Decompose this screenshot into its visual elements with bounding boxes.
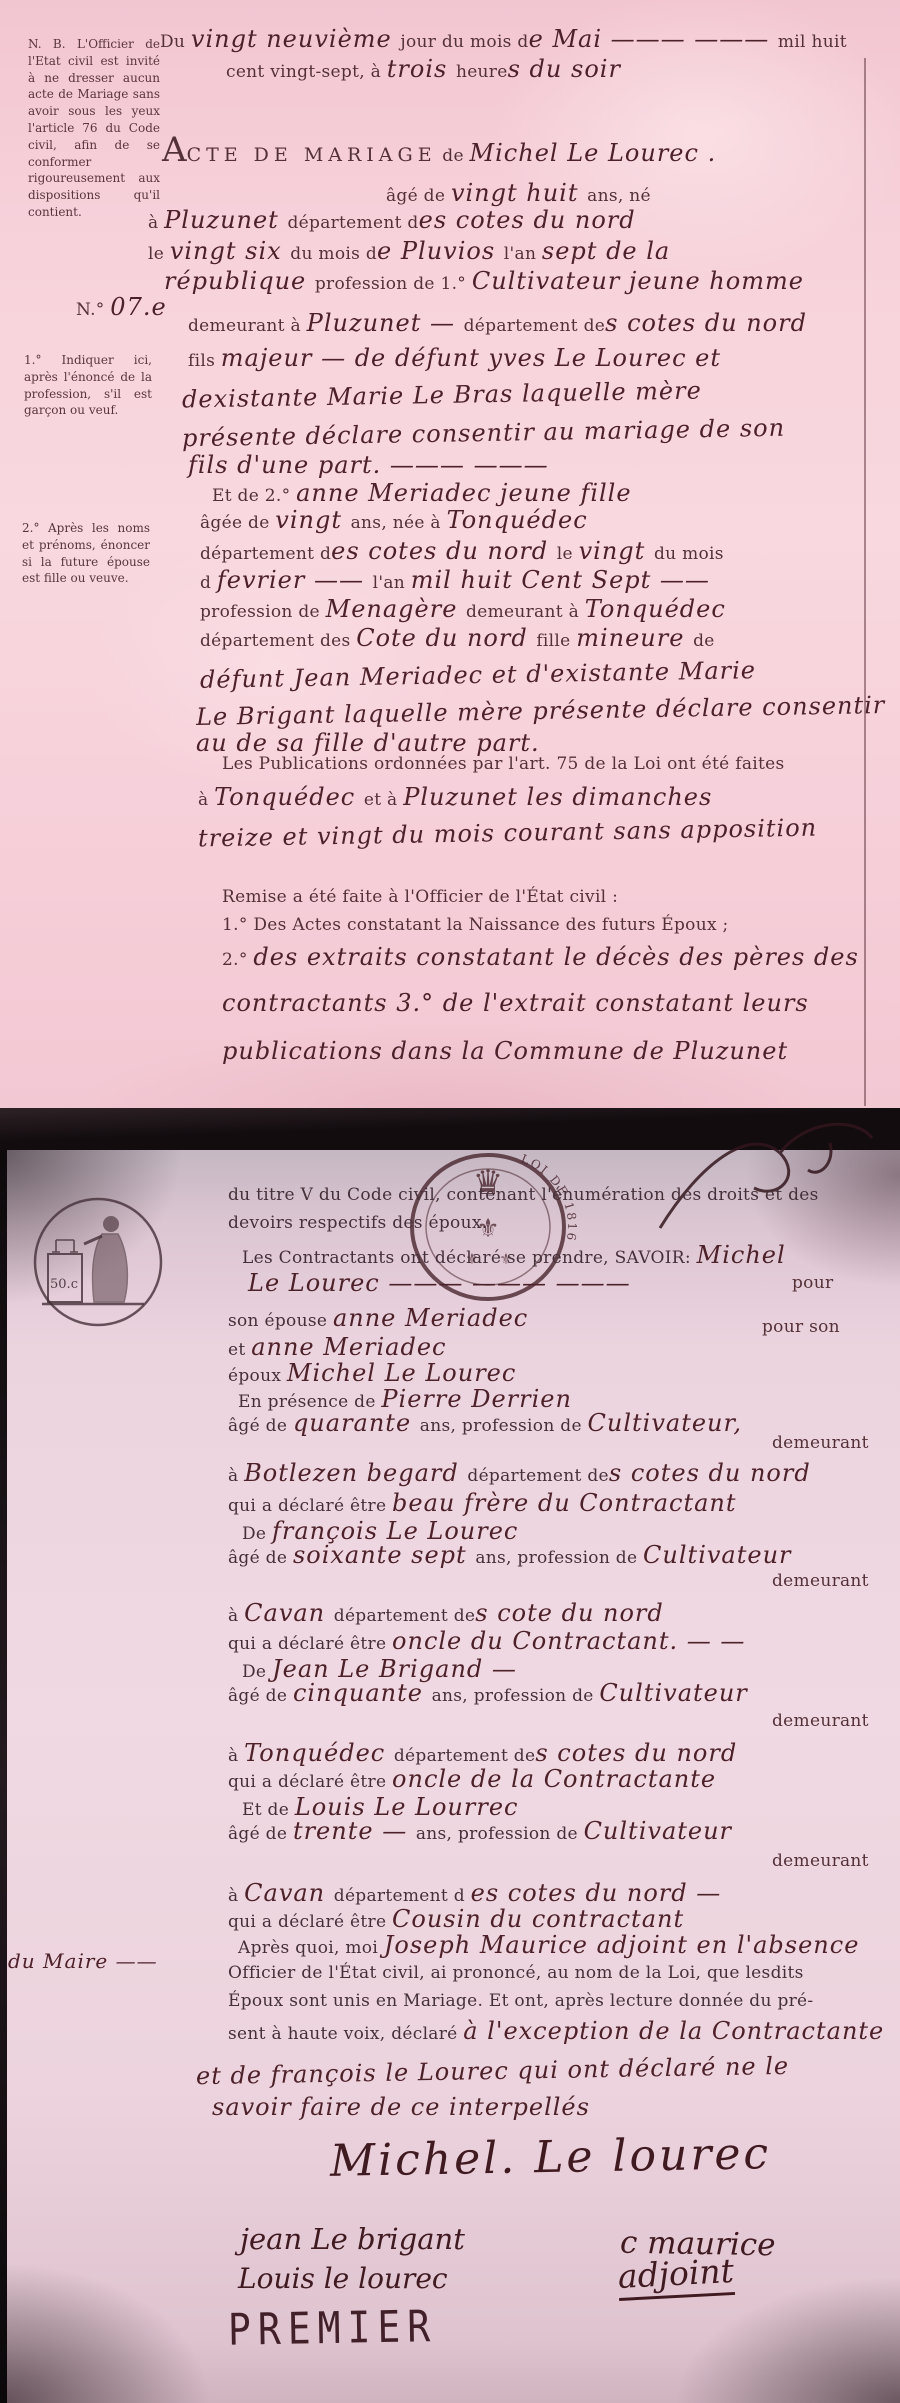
handwritten-text: Cultivateur: [584, 1817, 732, 1845]
line-groom-residence: demeurant à Pluzunet — département des c…: [188, 310, 807, 336]
handwritten-text: vingt six: [170, 237, 290, 265]
line-groom-sig-name: Le Lourec ——— ——— ———: [248, 1270, 631, 1296]
line-remise-1: 1.° Des Actes constatant la Naissance de…: [222, 916, 729, 935]
line-his-spouse: son épouse anne Meriadec: [228, 1305, 528, 1331]
printed-text: jour du mois d: [400, 32, 528, 52]
printed-text: de: [693, 631, 715, 651]
handwritten-text: majeur — de défunt yves Le Lourec et: [221, 344, 721, 372]
line-witness1-residence: à Botlezen begard département des cotes …: [228, 1460, 811, 1486]
margin-nb-note: N. B. L'Officier de l'Etat civil est inv…: [28, 36, 160, 221]
line-code-title-2: devoirs respectifs des époux.: [228, 1214, 487, 1233]
handwritten-text: Pluzunet: [164, 206, 287, 234]
fiscal-stamp-value: 50.c: [50, 1277, 78, 1292]
handwritten-text: publications dans la Commune de Pluzunet: [222, 1037, 788, 1065]
printed-text: à: [148, 213, 164, 233]
line-witness4-age: âgé de trente — ans, profession de Culti…: [228, 1818, 732, 1844]
printed-text: Après quoi, moi: [238, 1938, 384, 1958]
line-hour: cent vingt-sept, à trois heures du soir: [226, 56, 621, 82]
handwritten-text: s cotes du nord: [609, 1459, 811, 1487]
printed-text: le: [148, 244, 170, 264]
line-groom-age: âgé de vingt huit ans, né: [386, 180, 651, 206]
printed-text: qui a déclaré être: [228, 1634, 392, 1654]
printed-text: du mois d: [290, 244, 377, 264]
printed-text: ans, profession de: [420, 1416, 588, 1436]
handwritten-text: Menagère: [326, 595, 466, 623]
line-remise-3: contractants 3.° de l'extrait constatant…: [222, 990, 809, 1016]
printed-text: 2.°: [222, 950, 253, 970]
handwritten-text: anne Meriadec jeune fille: [296, 479, 631, 507]
printed-text: département de: [467, 1466, 609, 1486]
handwritten-text: e Pluvios: [377, 237, 504, 265]
printed-text: A: [162, 130, 187, 170]
handwritten-text: s cotes du nord: [605, 309, 807, 337]
page-2-left-edge: [0, 1150, 7, 2403]
signature-witness-lourec: Louis le lourec: [238, 2262, 448, 2295]
handwritten-text: s cote du nord: [475, 1599, 664, 1627]
printed-text: à: [228, 1606, 244, 1626]
ink-flourish-paraph: [630, 1108, 890, 1248]
handwritten-text: anne Meriadec: [333, 1304, 528, 1332]
line-witness3-residence: à Tonquédec département des cotes du nor…: [228, 1740, 737, 1766]
line-bride-age: âgée de vingt ans, née à Tonquédec: [200, 507, 588, 533]
line-officer-declaration: Après quoi, moi Joseph Maurice adjoint e…: [238, 1932, 859, 1958]
printed-text: cent vingt-sept, à: [226, 62, 387, 82]
printed-text: département d: [287, 213, 418, 233]
label-demeurant-2: demeurant: [772, 1572, 869, 1591]
printed-text: département de: [334, 1606, 476, 1626]
line-remise: Remise a été faite à l'Officier de l'Éta…: [222, 888, 618, 907]
act-number: N.° 07.e: [76, 294, 167, 320]
printed-text: qui a déclaré être: [228, 1496, 392, 1516]
handwritten-text: soixante sept: [293, 1541, 475, 1569]
line-groom-profession: république profession de 1.° Cultivateur…: [164, 268, 804, 294]
line-witness1-age: âgé de quarante ans, profession de Culti…: [228, 1410, 742, 1436]
line-acte-title: ACTE DE MARIAGE de Michel Le Lourec .: [162, 132, 716, 169]
printed-text: Époux sont unis en Mariage. Et ont, aprè…: [228, 1991, 813, 2011]
printed-text: département d: [334, 1886, 471, 1906]
label-pour: pour: [792, 1274, 833, 1293]
printed-text: à: [228, 1886, 244, 1906]
line-bride-profession: profession de Menagère demeurant à Tonqu…: [200, 596, 726, 622]
printed-text: fils: [188, 351, 221, 371]
handwritten-text: s cotes du nord: [535, 1739, 737, 1767]
line-groom-birthplace: à Pluzunet département des cotes du nord: [148, 207, 636, 233]
printed-text: Remise a été faite à l'Officier de l'Éta…: [222, 887, 618, 907]
line-witness4-residence: à Cavan département d es cotes du nord —: [228, 1880, 721, 1906]
line-witness2-age: âgé de soixante sept ans, profession de …: [228, 1542, 792, 1568]
line-savoir: Les Contractants ont déclaré se prendre,…: [242, 1242, 786, 1268]
handwritten-text: Michel: [697, 1241, 786, 1269]
printed-text: département de: [464, 316, 606, 336]
handwritten-text: vingt huit: [451, 179, 587, 207]
handwritten-text: savoir faire de ce interpellés: [212, 2093, 590, 2121]
line-bride-name: Et de 2.° anne Meriadec jeune fille: [212, 480, 632, 506]
line-witness3-age: âgé de cinquante ans, profession de Cult…: [228, 1680, 748, 1706]
printed-text: N.°: [76, 300, 110, 320]
printed-text: Officier de l'État civil, ai prononcé, a…: [228, 1963, 804, 1983]
printed-text: De: [242, 1662, 272, 1682]
printed-text: profession de: [200, 602, 326, 622]
handwritten-text: Michel Le Lourec: [287, 1359, 516, 1387]
handwritten-text: Pluzunet les dimanches: [403, 783, 712, 811]
handwritten-text: oncle du Contractant. — —: [392, 1627, 745, 1655]
line-remise-2: 2.° des extraits constatant le décès des…: [222, 944, 859, 970]
handwritten-text: Cavan: [244, 1879, 334, 1907]
printed-text: Les Publications ordonnées par l'art. 75…: [222, 754, 785, 774]
printed-text: le: [557, 544, 579, 564]
printed-text: qui a déclaré être: [228, 1772, 392, 1792]
handwritten-text: contractants 3.° de l'extrait constatant…: [222, 989, 809, 1017]
handwritten-text: des extraits constatant le décès des pèr…: [253, 943, 859, 971]
printed-text: à: [198, 790, 214, 810]
line-witness1-relation: qui a déclaré être beau frère du Contrac…: [228, 1490, 737, 1516]
label-demeurant-3: demeurant: [772, 1712, 869, 1731]
handwritten-text: Botlezen begard: [244, 1459, 467, 1487]
printed-text: demeurant à: [188, 316, 307, 336]
printed-text: du titre V du Code civil, contenant l'én…: [228, 1185, 819, 1205]
printed-text: époux: [228, 1366, 287, 1386]
printed-text: à: [228, 1746, 244, 1766]
printed-text: d: [200, 573, 217, 593]
signature-officer-title: adjoint: [617, 2251, 735, 2301]
handwritten-text: Michel Le Lourec .: [470, 139, 717, 167]
handwritten-text: vingt neuvième: [191, 25, 400, 53]
printed-text: Les Contractants ont déclaré se prendre,…: [242, 1248, 697, 1268]
handwritten-text: mineure: [576, 624, 693, 652]
handwritten-text: au de sa fille d'autre part.: [196, 729, 540, 757]
printed-text: ans, né: [587, 186, 651, 206]
handwritten-text: Cote du nord: [356, 624, 536, 652]
handwritten-text: Tonquédec: [447, 506, 588, 534]
printed-text: âgé de: [228, 1548, 293, 1568]
handwritten-text: Cultivateur jeune homme: [472, 267, 804, 295]
handwritten-text: Cousin du contractant: [392, 1905, 684, 1933]
handwritten-text: quarante: [293, 1409, 420, 1437]
line-pronounced-2: Époux sont unis en Mariage. Et ont, aprè…: [228, 1992, 813, 2011]
printed-text: l'an: [373, 573, 411, 593]
handwritten-text: Le Lourec ——— ——— ———: [248, 1269, 631, 1297]
handwritten-text: Cultivateur: [599, 1679, 747, 1707]
handwritten-text: oncle de la Contractante: [392, 1765, 716, 1793]
handwritten-text: Tonquédec: [244, 1739, 394, 1767]
handwritten-text: sept de la: [542, 237, 670, 265]
label-pour-son: pour son: [762, 1318, 840, 1337]
printed-text: Et de 2.°: [212, 486, 296, 506]
line-witness4-relation: qui a déclaré être Cousin du contractant: [228, 1906, 684, 1932]
printed-text: ans, profession de: [416, 1824, 584, 1844]
printed-text: et: [228, 1340, 251, 1360]
margin-note-1: 1.° Indiquer ici, après l'énoncé de la p…: [24, 352, 152, 419]
line-pronounced-3: sent à haute voix, déclaré à l'exception…: [228, 2018, 884, 2044]
printed-text: demeurant à: [466, 602, 585, 622]
printed-text: de: [437, 146, 470, 166]
printed-text: âgé de: [228, 1416, 293, 1436]
line-pronounced-1: Officier de l'État civil, ai prononcé, a…: [228, 1964, 804, 1983]
line-groom-parents-1: fils majeur — de défunt yves Le Lourec e…: [188, 345, 721, 371]
printed-text: ans, née à: [351, 513, 447, 533]
handwritten-text: anne Meriadec: [251, 1333, 446, 1361]
printed-text: âgé de: [386, 186, 451, 206]
line-witness3-relation: qui a déclaré être oncle de la Contracta…: [228, 1766, 716, 1792]
line-publications-2: à Tonquédec et à Pluzunet les dimanches: [198, 784, 712, 810]
handwritten-text: es cotes du nord: [419, 206, 636, 234]
handwritten-text: Tonquédec: [585, 595, 726, 623]
label-demeurant-1: demeurant: [772, 1434, 869, 1453]
line-witness2-relation: qui a déclaré être oncle du Contractant.…: [228, 1628, 745, 1654]
handwritten-text: république: [164, 267, 315, 295]
label-demeurant-4: demeurant: [772, 1852, 869, 1871]
handwritten-text: trente —: [293, 1817, 416, 1845]
line-remise-4: publications dans la Commune de Pluzunet: [222, 1038, 788, 1064]
line-publications-1: Les Publications ordonnées par l'art. 75…: [222, 755, 785, 774]
line-exception-2: savoir faire de ce interpellés: [212, 2094, 590, 2120]
printed-text: devoirs respectifs des époux.: [228, 1213, 487, 1233]
handwritten-text: mil huit Cent Sept ——: [411, 566, 710, 594]
fiscal-stamp-50c: 50.c: [28, 1192, 168, 1332]
line-witness2-residence: à Cavan département des cote du nord: [228, 1600, 664, 1626]
handwritten-text: Tonquédec: [214, 783, 364, 811]
handwritten-text: Cultivateur: [643, 1541, 791, 1569]
printed-text: profession de 1.°: [315, 274, 472, 294]
line-bride-part: au de sa fille d'autre part.: [196, 730, 540, 756]
handwritten-text: fils d'une part. ——— ———: [188, 451, 549, 479]
line-bride-birth-dept: département des cotes du nord le vingt d…: [200, 538, 724, 564]
line-her-spouse: époux Michel Le Lourec: [228, 1360, 516, 1386]
printed-text: heure: [456, 62, 508, 82]
archive-annotation-premier: PREMIER: [228, 2301, 438, 2355]
handwritten-text: es cotes du nord: [331, 537, 557, 565]
marriage-certificate-scan: N. B. L'Officier de l'Etat civil est inv…: [0, 0, 900, 2403]
margin-note-2: 2.° Après les noms et prénoms, énoncer s…: [22, 520, 150, 587]
printed-text: département d: [200, 544, 331, 564]
printed-text: CTE DE MARIAGE: [187, 144, 437, 166]
handwritten-text: s du soir: [508, 55, 621, 83]
handwritten-text: beau frère du Contractant: [392, 1489, 736, 1517]
handwritten-text: vingt: [275, 506, 350, 534]
printed-text: âgé de: [228, 1824, 293, 1844]
line-bride-birthdate: d fevrier —— l'an mil huit Cent Sept ——: [200, 567, 710, 593]
handwritten-text: à l'exception de la Contractante: [463, 2017, 884, 2045]
printed-text: fille: [536, 631, 576, 651]
handwritten-text: e Mai ——— ———: [529, 25, 778, 53]
printed-text: du mois: [654, 544, 724, 564]
handwritten-text: vingt: [579, 537, 654, 565]
printed-text: département de: [394, 1746, 536, 1766]
handwritten-text: Cavan: [244, 1599, 334, 1627]
printed-text: Et de: [242, 1800, 295, 1820]
handwritten-text: cinquante: [293, 1679, 432, 1707]
handwritten-text: es cotes du nord —: [471, 1879, 722, 1907]
printed-text: âgée de: [200, 513, 275, 533]
handwritten-text: Cultivateur,: [588, 1409, 742, 1437]
signature-witness-brigant: jean Le brigant: [240, 2222, 465, 2256]
printed-text: mil huit: [778, 32, 847, 52]
printed-text: qui a déclaré être: [228, 1912, 392, 1932]
line-date: Du vingt neuvième jour du mois de Mai ——…: [160, 26, 847, 52]
printed-text: Du: [160, 32, 191, 52]
signature-groom: Michel. Le lourec: [330, 2128, 772, 2187]
page-1-fold-crease: [864, 58, 866, 1106]
handwritten-text: Pluzunet —: [307, 309, 464, 337]
printed-text: son épouse: [228, 1311, 333, 1331]
printed-text: De: [242, 1524, 272, 1544]
printed-text: sent à haute voix, déclaré: [228, 2024, 463, 2044]
printed-text: ans, profession de: [475, 1548, 643, 1568]
printed-text: 1.° Des Actes constatant la Naissance de…: [222, 915, 729, 935]
line-and-bride: et anne Meriadec: [228, 1334, 447, 1360]
printed-text: à: [228, 1466, 244, 1486]
printed-text: département des: [200, 631, 356, 651]
printed-text: et à: [364, 790, 403, 810]
handwritten-text: trois: [387, 55, 456, 83]
line-groom-birthdate: le vingt six du mois de Pluvios l'an sep…: [148, 238, 670, 264]
handwritten-text: 07.e: [110, 293, 166, 321]
line-code-title-1: du titre V du Code civil, contenant l'én…: [228, 1186, 819, 1205]
line-bride-minor: département des Cote du nord fille mineu…: [200, 625, 715, 651]
handwritten-text: Joseph Maurice adjoint en l'absence: [384, 1931, 860, 1959]
margin-du-maire: du Maire ——: [8, 1950, 158, 1972]
printed-text: ans, profession de: [432, 1686, 600, 1706]
handwritten-text: fevrier ——: [217, 566, 373, 594]
printed-text: âgé de: [228, 1686, 293, 1706]
line-groom-part: fils d'une part. ——— ———: [188, 452, 549, 478]
printed-text: l'an: [504, 244, 542, 264]
